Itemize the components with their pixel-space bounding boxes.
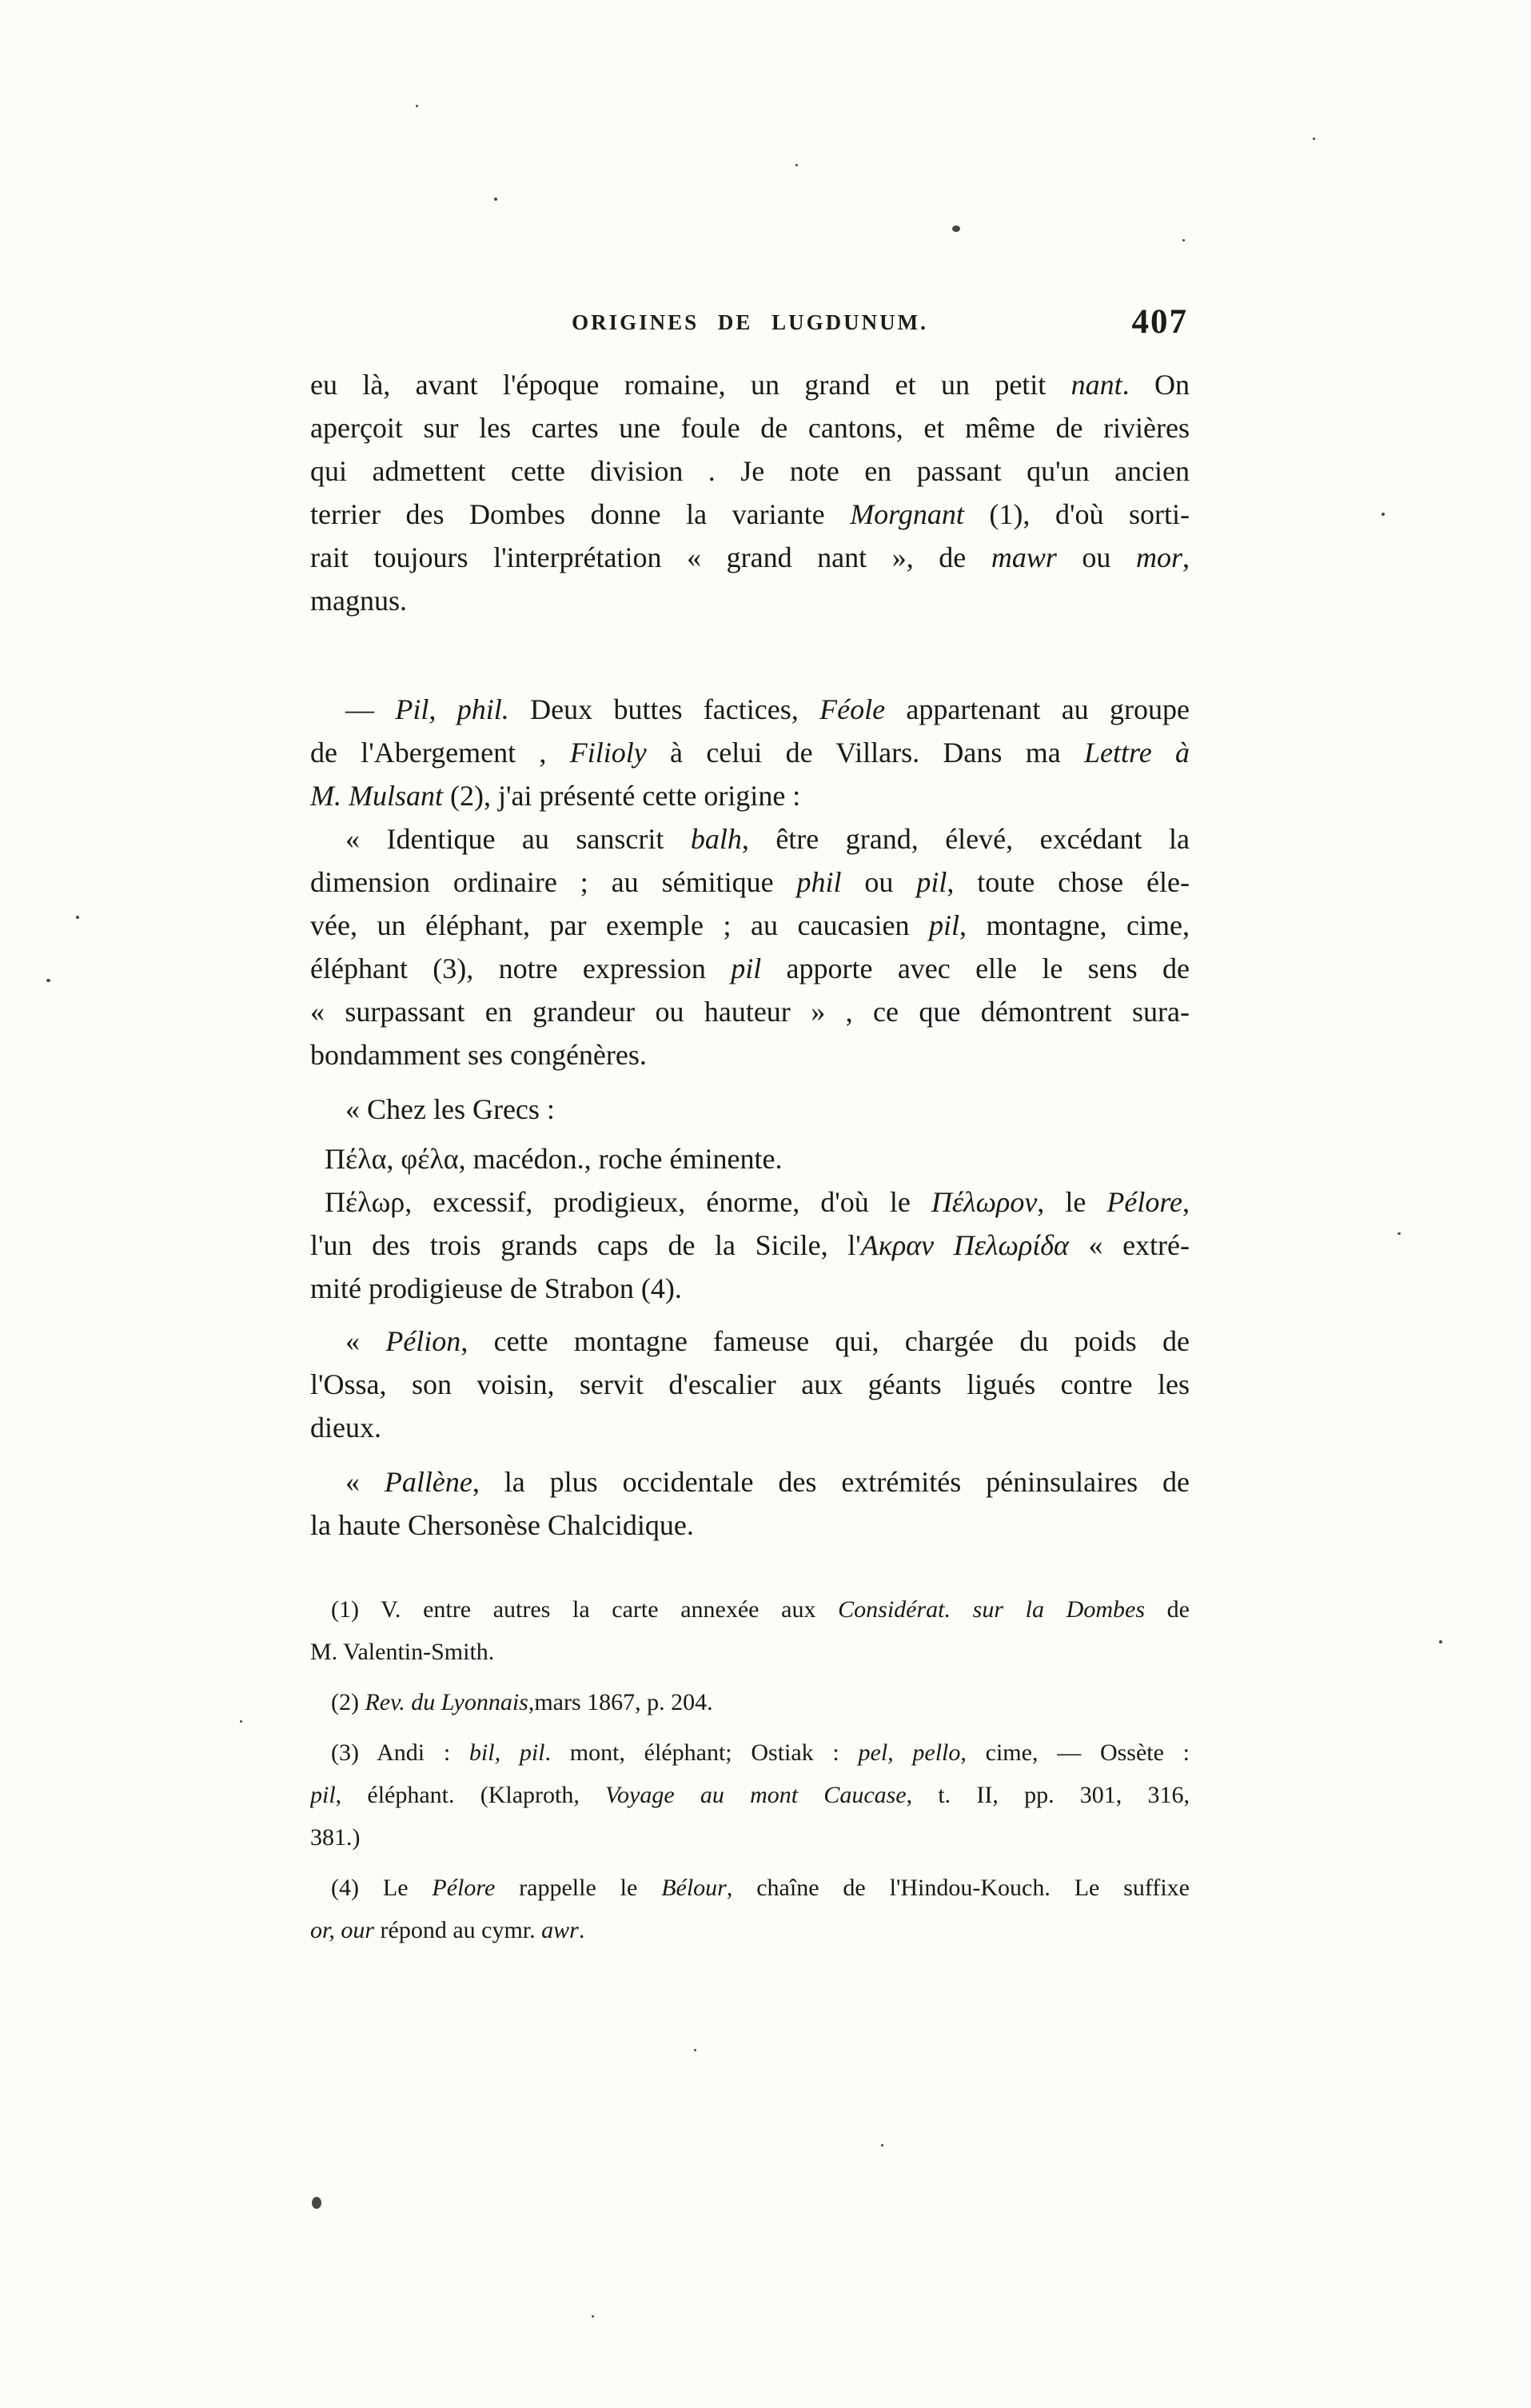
text-line: rait toujours l'interprétation « grand n… — [310, 536, 1190, 579]
text-line: dimension ordinaire ; au sémitique phil … — [310, 861, 1190, 904]
speckle — [240, 1720, 242, 1723]
footnotes-section: (1) V. entre autres la carte annexée aux… — [310, 1588, 1190, 1951]
text-line: mité prodigieuse de Strabon (4). — [310, 1267, 1190, 1310]
text-line: magnus. — [310, 579, 1190, 622]
footnote-line: (1) V. entre autres la carte annexée aux… — [310, 1588, 1190, 1631]
text-line: eu là, avant l'époque romaine, un grand … — [310, 363, 1190, 406]
text-line: Πέλωρ, excessif, prodigieux, énorme, d'o… — [310, 1180, 1190, 1224]
speckle — [46, 979, 50, 982]
body-text: eu là, avant l'époque romaine, un grand … — [310, 363, 1190, 1951]
footnote-line: M. Valentin-Smith. — [310, 1631, 1190, 1673]
scanned-book-page: ORIGINES DE LUGDUNUM. 407 eu là, avant l… — [0, 0, 1531, 2408]
speckle — [1381, 513, 1385, 516]
text-line: éléphant (3), notre expression pil appor… — [310, 947, 1190, 990]
text-line: aperçoit sur les cartes une foule de can… — [310, 406, 1190, 449]
text-line: qui admettent cette division . Je note e… — [310, 449, 1190, 493]
speckle — [416, 105, 418, 107]
paragraph: « Pélion, cette montagne fameuse qui, ch… — [310, 1320, 1190, 1449]
speckle — [312, 2197, 321, 2209]
text-line: terrier des Dombes donne la variante Mor… — [310, 493, 1190, 536]
text-line: dieux. — [310, 1406, 1190, 1449]
running-title: ORIGINES DE LUGDUNUM. — [572, 310, 928, 334]
footnote-line: pil, éléphant. (Klaproth, Voyage au mont… — [310, 1774, 1190, 1816]
speckle — [76, 916, 79, 919]
speckle — [881, 2144, 883, 2146]
footnote-line: 381.) — [310, 1816, 1190, 1859]
running-header: ORIGINES DE LUGDUNUM. 407 — [310, 310, 1190, 335]
text-line: Πέλα, φέλα, macédon., roche éminente. — [310, 1137, 1190, 1180]
text-line: vée, un éléphant, par exemple ; au cauca… — [310, 904, 1190, 947]
text-line: la haute Chersonèse Chalcidique. — [310, 1504, 1190, 1547]
speckle — [592, 2315, 594, 2318]
footnote: (4) Le Pélore rappelle le Bélour, chaîne… — [310, 1867, 1190, 1951]
text-line: — Pil, phil. Deux buttes factices, Féole… — [310, 688, 1190, 731]
text-line: bondamment ses congénères. — [310, 1033, 1190, 1076]
footnote-line: (3) Andi : bil, pil. mont, éléphant; Ost… — [310, 1731, 1190, 1774]
speckle — [694, 2049, 696, 2051]
text-line: « Identique au sanscrit balh, être grand… — [310, 817, 1190, 861]
footnote: (3) Andi : bil, pil. mont, éléphant; Ost… — [310, 1731, 1190, 1859]
footnote-line: (4) Le Pélore rappelle le Bélour, chaîne… — [310, 1867, 1190, 1909]
speckle — [1439, 1640, 1442, 1643]
text-line: « surpassant en grandeur ou hauteur » , … — [310, 990, 1190, 1033]
paragraph: « Identique au sanscrit balh, être grand… — [310, 817, 1190, 1076]
text-line: l'un des trois grands caps de la Sicile,… — [310, 1224, 1190, 1267]
speckle — [795, 164, 798, 166]
paragraph: Πέλωρ, excessif, prodigieux, énorme, d'o… — [310, 1180, 1190, 1310]
footnote-line: (2) Rev. du Lyonnais,mars 1867, p. 204. — [310, 1681, 1190, 1723]
speckle — [952, 226, 960, 232]
footnote: (2) Rev. du Lyonnais,mars 1867, p. 204. — [310, 1681, 1190, 1723]
text-line: « Pallène, la plus occidentale des extré… — [310, 1460, 1190, 1504]
speckle — [1313, 138, 1315, 140]
paragraph: — Pil, phil. Deux buttes factices, Féole… — [310, 688, 1190, 817]
text-line: de l'Abergement , Filioly à celui de Vil… — [310, 731, 1190, 774]
text-line: l'Ossa, son voisin, servit d'escalier au… — [310, 1363, 1190, 1406]
footnote-line: or, our répond au cymr. awr. — [310, 1909, 1190, 1951]
page-number: 407 — [1132, 302, 1189, 341]
text-line: « Pélion, cette montagne fameuse qui, ch… — [310, 1320, 1190, 1363]
text-line: M. Mulsant (2), j'ai présenté cette orig… — [310, 774, 1190, 817]
paragraph: Πέλα, φέλα, macédon., roche éminente. — [310, 1137, 1190, 1180]
footnote: (1) V. entre autres la carte annexée aux… — [310, 1588, 1190, 1673]
paragraph: « Chez les Grecs : — [310, 1088, 1190, 1131]
speckle — [1182, 239, 1185, 242]
paragraph: eu là, avant l'époque romaine, un grand … — [310, 363, 1190, 622]
paragraph: « Pallène, la plus occidentale des extré… — [310, 1460, 1190, 1547]
speckle — [1397, 1232, 1401, 1235]
speckle — [494, 198, 497, 201]
text-line: « Chez les Grecs : — [310, 1088, 1190, 1131]
